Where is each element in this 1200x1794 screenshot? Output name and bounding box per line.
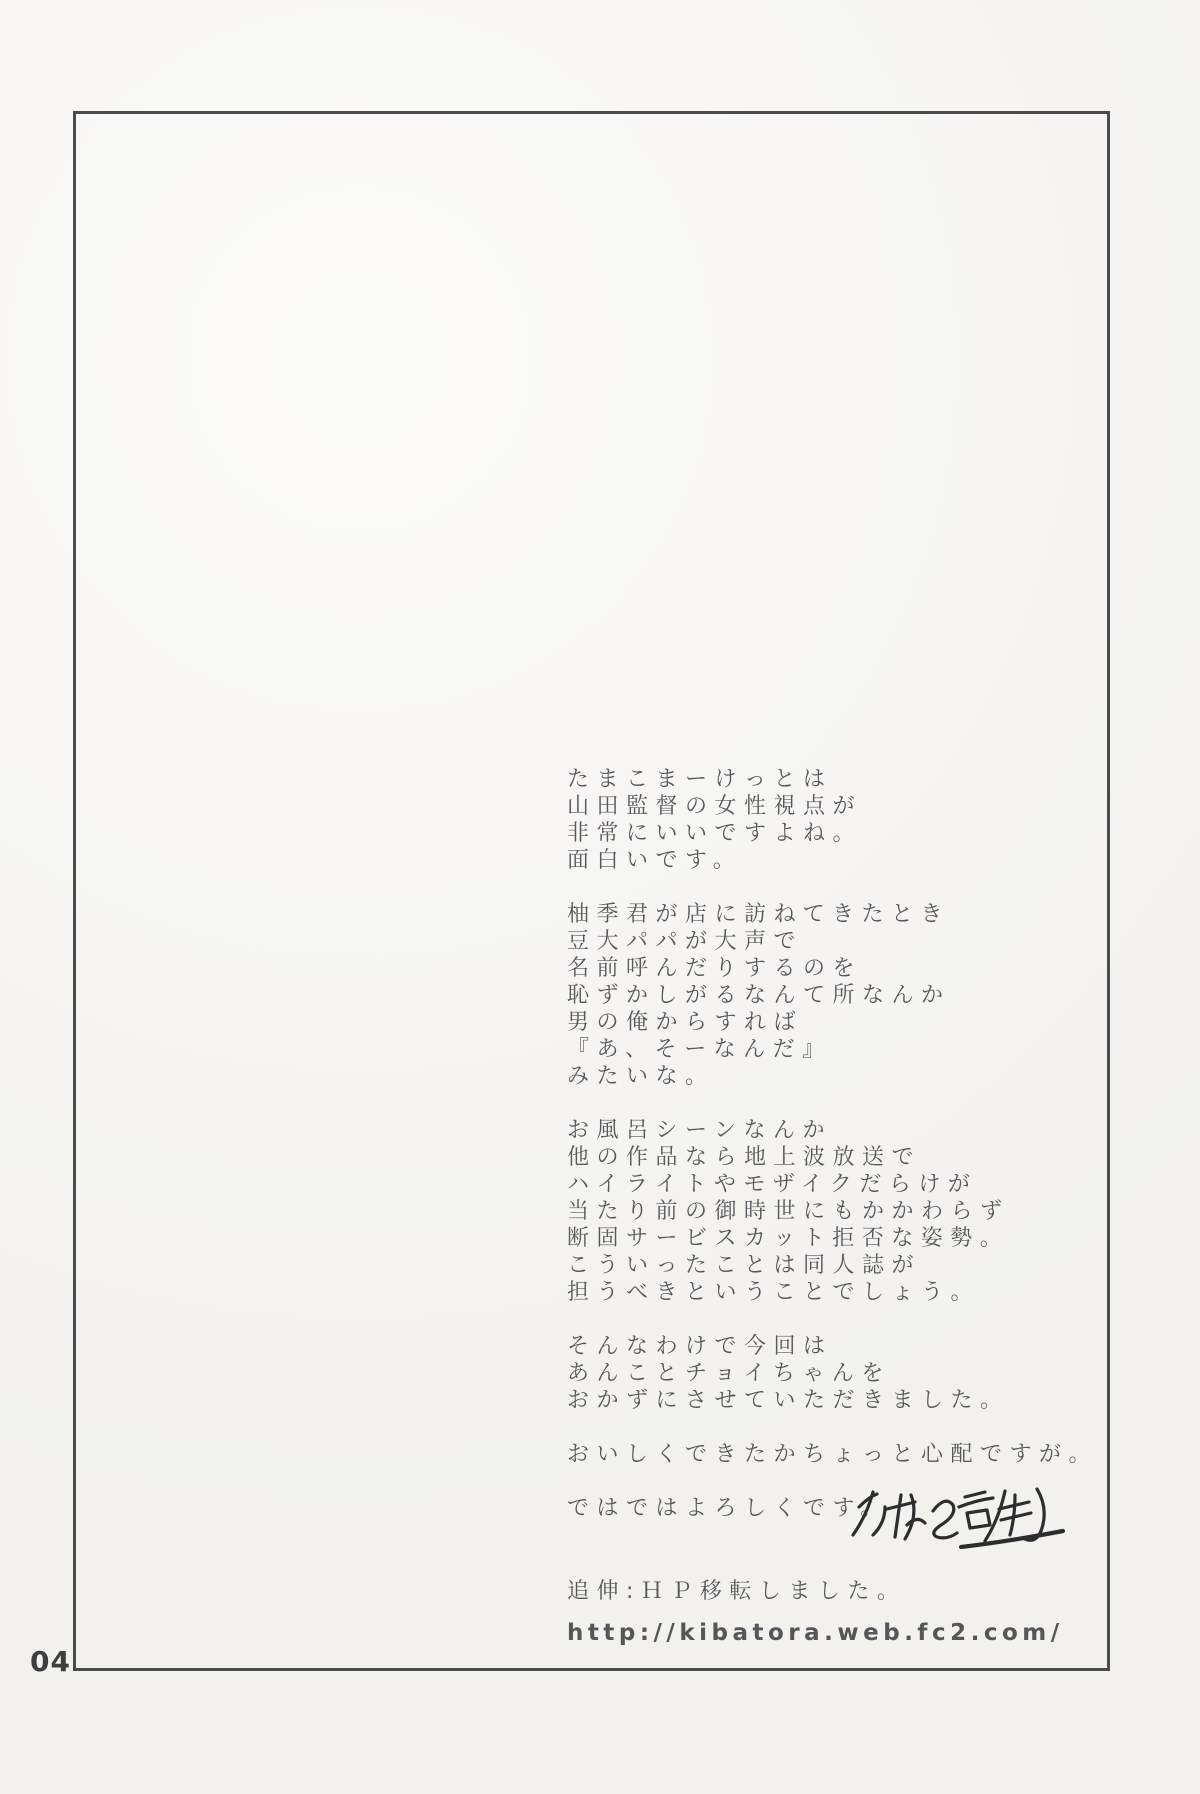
- afterword-line: おかずにさせていただきました。: [567, 1387, 1098, 1414]
- afterword-line: [567, 1306, 1098, 1333]
- afterword-line: こういったことは同人誌が: [567, 1252, 1098, 1279]
- afterword-line: 担うべきということでしょう。: [567, 1279, 1098, 1306]
- afterword-line: みたいな。: [567, 1063, 1098, 1090]
- afterword-line: 他の作品なら地上波放送で: [567, 1144, 1098, 1171]
- afterword-line: 柚季君が店に訪ねてきたとき: [567, 901, 1098, 928]
- afterword-line: 山田監督の女性視点が: [567, 793, 1098, 820]
- scanned-afterword-page: 04 たまこまーけっとは山田監督の女性視点が非常にいいですよね。面白いです。 柚…: [0, 0, 1200, 1794]
- afterword-line: [567, 1414, 1098, 1441]
- afterword-line: 恥ずかしがるなんて所なんか: [567, 982, 1098, 1009]
- afterword-line: たまこまーけっとは: [567, 766, 1098, 793]
- afterword-line: 男の俺からすれば: [567, 1009, 1098, 1036]
- afterword-line: 非常にいいですよね。: [567, 820, 1098, 847]
- afterword-line: 『あ、そーなんだ』: [567, 1036, 1098, 1063]
- afterword-line: おいしくできたかちょっと心配ですが。: [567, 1441, 1098, 1468]
- afterword-line: 面白いです。: [567, 847, 1098, 874]
- afterword-line: [567, 1090, 1098, 1117]
- afterword-text-block: たまこまーけっとは山田監督の女性視点が非常にいいですよね。面白いです。 柚季君が…: [567, 766, 1098, 1522]
- afterword-line: あんことチョイちゃんを: [567, 1360, 1098, 1387]
- page-number: 04: [30, 1645, 71, 1678]
- afterword-line: ハイライトやモザイクだらけが: [567, 1171, 1098, 1198]
- postscript-line: 追伸:ＨＰ移転しました。: [567, 1574, 906, 1605]
- afterword-line: 当たり前の御時世にもかかわらず: [567, 1198, 1098, 1225]
- afterword-line: 断固サービスカット拒否な姿勢。: [567, 1225, 1098, 1252]
- author-signature-icon: [845, 1483, 1075, 1553]
- website-url: http://kibatora.web.fc2.com/: [567, 1620, 1064, 1646]
- afterword-line: [567, 874, 1098, 901]
- afterword-line: お風呂シーンなんか: [567, 1117, 1098, 1144]
- afterword-line: 豆大パパが大声で: [567, 928, 1098, 955]
- afterword-line: そんなわけで今回は: [567, 1333, 1098, 1360]
- afterword-line: 名前呼んだりするのを: [567, 955, 1098, 982]
